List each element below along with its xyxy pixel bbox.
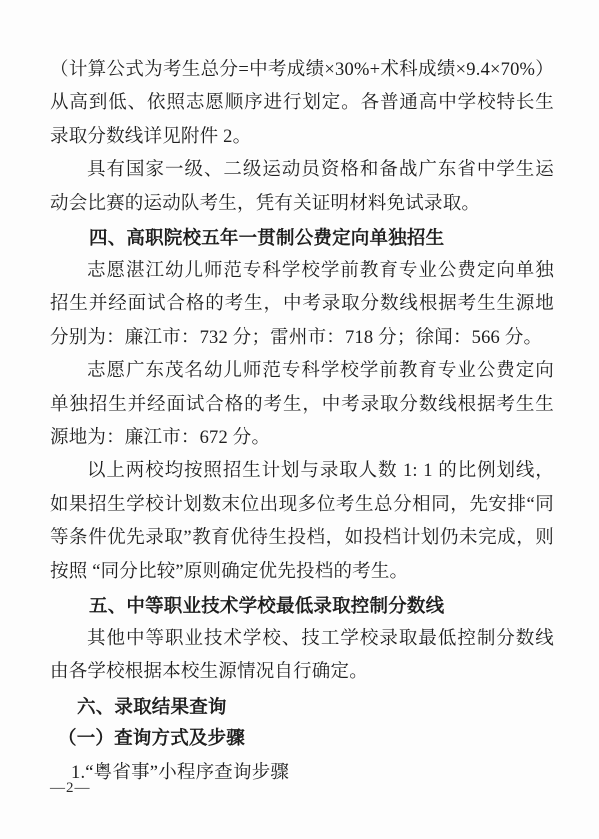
section-heading-4: 四、高职院校五年一贯制公费定向单独招生 <box>50 221 554 254</box>
paragraph-zhanjiang-preschool-scores: 志愿湛江幼儿师范专科学校学前教育专业公费定向单独招生并经面试合格的考生，中考录取… <box>50 255 554 355</box>
subheading-query-methods: （一）查询方式及步骤 <box>50 723 554 756</box>
list-item-yueshengshi-step: 1.“粤省事”小程序查询步骤 <box>50 757 554 790</box>
page-footer: —2— <box>50 778 91 798</box>
paragraph-ratio-rule: 以上两校均按照招生计划与录取人数 1: 1 的比例划线，如果招生学校计划数末位出… <box>50 455 554 589</box>
paragraph-athlete-exemption: 具有国家一级、二级运动员资格和备战广东省中学生运动会比赛的运动队考生，凭有关证明… <box>50 154 554 221</box>
paragraph-formula: （计算公式为考生总分=中考成绩×30%+术科成绩×9.4×70%）从高到低、依照… <box>50 54 554 154</box>
paragraph-maoming-preschool-scores: 志愿广东茂名幼儿师范专科学校学前教育专业公费定向单独招生并经面试合格的考生，中考… <box>50 355 554 455</box>
paragraph-vocational-schools: 其他中等职业技术学校、技工学校录取最低控制分数线由各学校根据本校生源情况自行确定… <box>50 623 554 690</box>
document-body: （计算公式为考生总分=中考成绩×30%+术科成绩×9.4×70%）从高到低、依照… <box>50 54 554 790</box>
section-heading-5: 五、中等职业技术学校最低录取控制分数线 <box>50 589 554 622</box>
section-heading-6: 六、录取结果查询 <box>50 690 554 723</box>
page-number: —2— <box>50 780 91 796</box>
document-page: （计算公式为考生总分=中考成绩×30%+术科成绩×9.4×70%）从高到低、依照… <box>0 0 599 839</box>
